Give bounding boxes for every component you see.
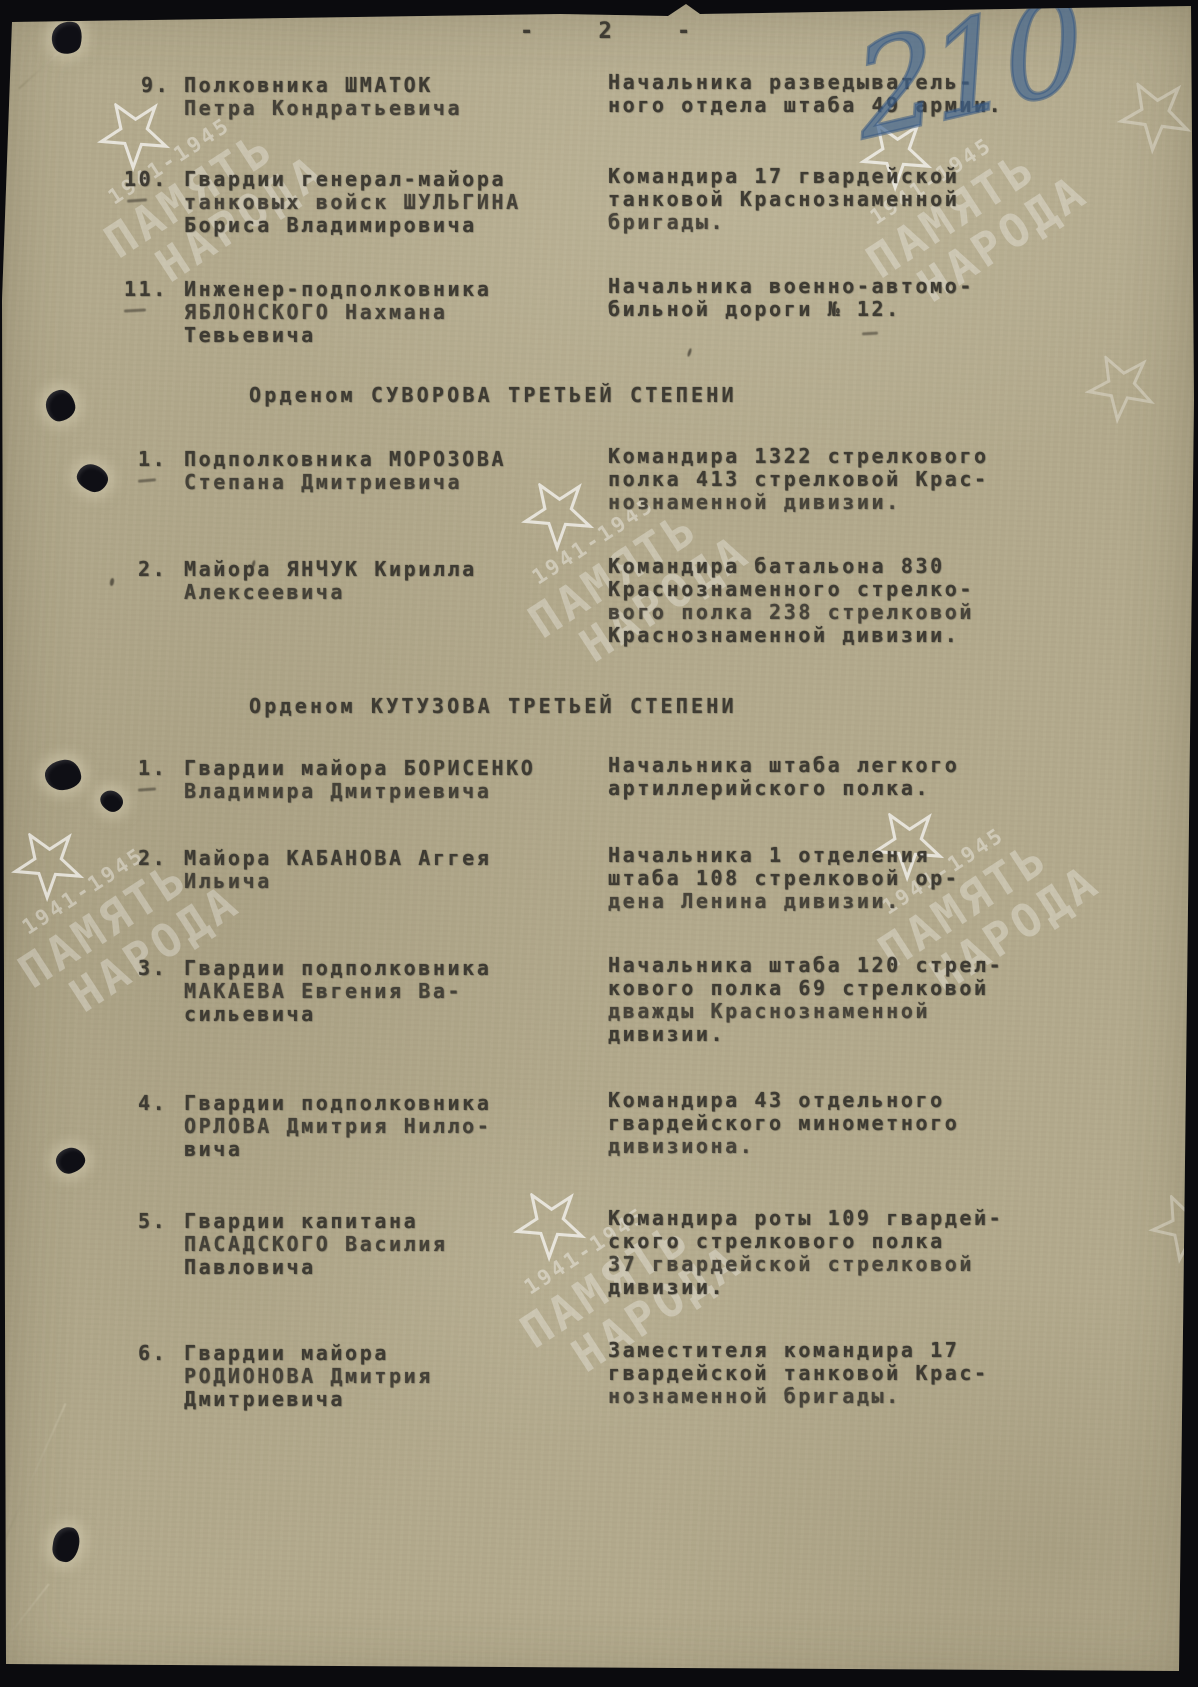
punch-hole: [44, 388, 78, 424]
pencil-dash-mark: [862, 332, 878, 336]
star-icon: [1105, 64, 1198, 163]
entry-number: 2.: [138, 558, 167, 581]
punch-hole: [51, 1525, 82, 1563]
recipient-position: Командира 17 гвардейской танковой Красно…: [608, 165, 1078, 234]
recipient-position: Командира 1322 стрелкового полка 413 стр…: [608, 445, 1078, 514]
recipient-name: Гвардии подполковника ОРЛОВА Дмитрия Нил…: [184, 1092, 594, 1161]
punch-hole: [73, 460, 111, 496]
pencil-dash-mark: [124, 308, 146, 312]
entry-number: 1.: [138, 448, 167, 471]
recipient-name: Полковника ШМАТОК Петра Кондратьевича: [184, 74, 594, 120]
pencil-dash-mark: [127, 198, 147, 202]
recipient-name: Гвардии капитана ПАСАДСКОГО Василия Павл…: [184, 1210, 594, 1279]
punch-hole: [44, 758, 83, 792]
pencil-dash-mark: [138, 478, 156, 483]
star-icon: [1074, 340, 1168, 433]
document-scan: 1941-1945 ПАМЯТЬ НАРОДА 1941-1945 ПАМЯТЬ…: [0, 0, 1198, 1687]
recipient-name: Майора ЯНЧУК Кирилла Алексеевича: [184, 558, 594, 604]
punch-hole: [97, 787, 127, 816]
recipient-name: Гвардии майора БОРИСЕНКО Владимира Дмитр…: [184, 757, 594, 803]
pencil-dash-mark: [138, 787, 156, 791]
recipient-position: Командира 43 отдельного гвардейского мин…: [608, 1089, 1078, 1158]
section-title-suvorov: Орденом СУВОРОВА ТРЕТЬЕЙ СТЕПЕНИ: [249, 384, 737, 407]
ink-speck: [687, 348, 693, 357]
watermark-years: 1941-1945: [18, 843, 149, 940]
recipient-name: Гвардии майора РОДИОНОВА Дмитрия Дмитрие…: [184, 1342, 594, 1411]
recipient-position: Начальника разведыватель- ного отдела шт…: [608, 71, 1078, 117]
entry-number: 3.: [138, 957, 167, 980]
recipient-name: Инженер-подполковника ЯБЛОНСКОГО Нахмана…: [184, 278, 594, 347]
entry-number: 9.: [141, 74, 170, 97]
entry-number: 1.: [138, 757, 167, 780]
entry-number: 5.: [138, 1210, 167, 1233]
entry-number: 10.: [124, 168, 168, 191]
recipient-name: Подполковника МОРОЗОВА Степана Дмитриеви…: [184, 448, 594, 494]
recipient-name: Гвардии генерал-майора танковых войск ШУ…: [184, 168, 594, 237]
page-number: - 2 -: [520, 20, 716, 43]
entry-number: 11.: [124, 278, 168, 301]
paper-crease: [0, 1583, 49, 1686]
star-icon: [1139, 1180, 1198, 1271]
recipient-name: Майора КАБАНОВА Аггея Ильича: [184, 847, 594, 893]
star-icon: [0, 814, 97, 912]
recipient-position: Заместителя командира 17 гвардейской тан…: [608, 1339, 1078, 1408]
recipient-position: Командира роты 109 гвардей- ского стрелк…: [608, 1207, 1078, 1299]
paper-page: 1941-1945 ПАМЯТЬ НАРОДА 1941-1945 ПАМЯТЬ…: [0, 0, 1198, 1687]
punch-hole: [48, 18, 85, 57]
recipient-position: Командира батальона 830 Краснознаменного…: [608, 555, 1078, 647]
entry-number: 2.: [138, 847, 167, 870]
punch-hole: [53, 1144, 88, 1176]
recipient-name: Гвардии подполковника МАКАЕВА Евгения Ва…: [184, 957, 594, 1026]
watermark-line1: ПАМЯТЬ: [10, 852, 197, 998]
recipient-position: Начальника 1 отделения штаба 108 стрелко…: [608, 844, 1078, 913]
entry-number: 6.: [138, 1342, 167, 1365]
recipient-position: Начальника штаба 120 стрел- кового полка…: [608, 954, 1078, 1046]
ink-speck: [109, 578, 114, 587]
recipient-position: Начальника военно-автомо- бильной дороги…: [608, 275, 1078, 321]
recipient-position: Начальника штаба легкого артиллерийского…: [608, 754, 1078, 800]
section-title-kutuzov: Орденом КУТУЗОВА ТРЕТЬЕЙ СТЕПЕНИ: [249, 695, 737, 718]
entry-number: 4.: [138, 1092, 167, 1115]
